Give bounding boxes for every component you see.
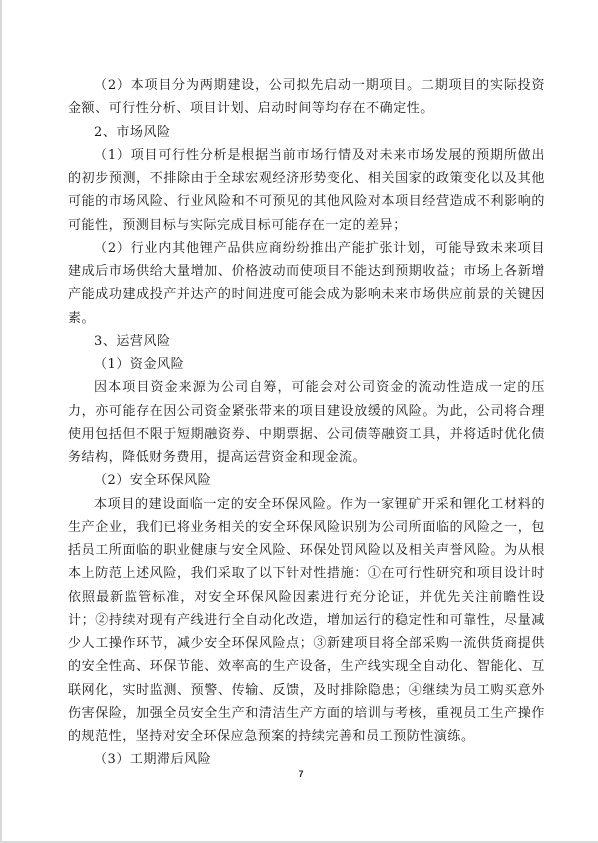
paragraph-funding-risk: 因本项目资金来源为公司自筹，可能会对公司资金的流动性造成一定的压力，亦可能存在因…	[68, 376, 545, 469]
subsection-heading-funding-risk: （1）资金风险	[68, 353, 545, 376]
section-heading-operation-risk: 3、运营风险	[68, 330, 545, 353]
paragraph-capacity-expansion: （2）行业内其他锂产品供应商纷纷推出产能扩张计划，可能导致未来项目建成后市场供给…	[68, 237, 545, 330]
paragraph-feasibility-forecast: （1）项目可行性分析是根据当前市场行情及对未来市场发展的预期所做出的初步预测，不…	[68, 144, 545, 237]
section-heading-market-risk: 2、市场风险	[68, 121, 545, 144]
paragraph-phase-two-uncertainty: （2）本项目分为两期建设，公司拟先启动一期项目。二期项目的实际投资金额、可行性分…	[68, 74, 545, 121]
subsection-heading-safety-environment-risk: （2）安全环保风险	[68, 469, 545, 492]
document-body: （2）本项目分为两期建设，公司拟先启动一期项目。二期项目的实际投资金额、可行性分…	[68, 74, 545, 772]
document-page: （2）本项目分为两期建设，公司拟先启动一期项目。二期项目的实际投资金额、可行性分…	[0, 0, 598, 843]
subsection-heading-schedule-delay-risk: （3）工期滞后风险	[68, 748, 545, 771]
page-number: 7	[2, 769, 598, 779]
paragraph-safety-environment-risk: 本项目的建设面临一定的安全环保风险。作为一家锂矿开采和锂化工材料的生产企业，我们…	[68, 493, 545, 749]
